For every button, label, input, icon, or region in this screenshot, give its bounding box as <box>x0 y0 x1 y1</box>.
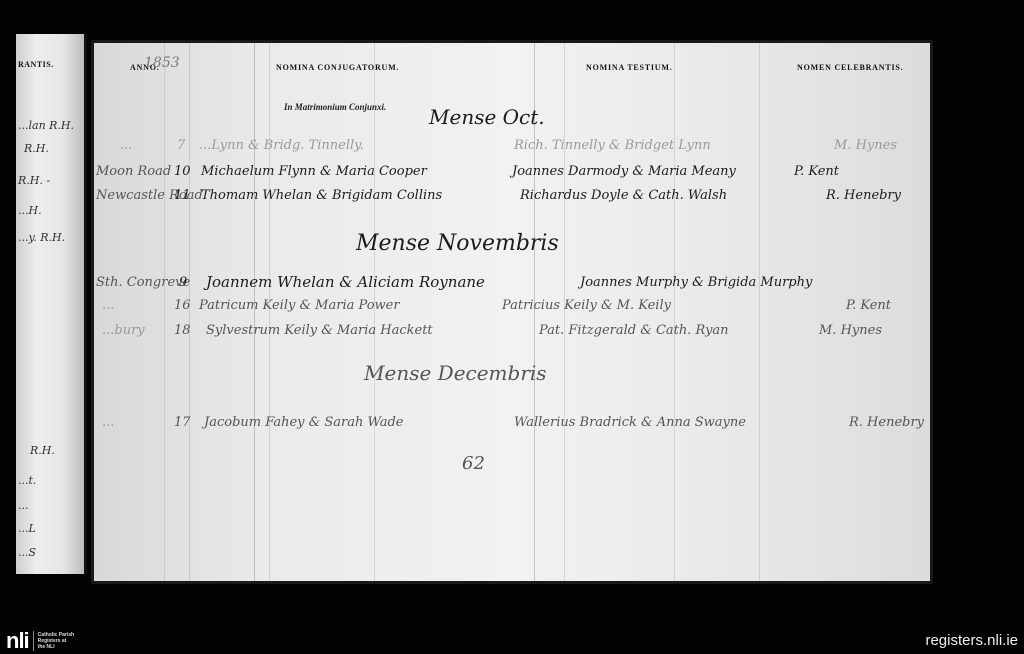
entry-residence: Moon Road <box>96 164 171 179</box>
entry-witnesses: Rich. Tinnelly & Bridget Lynn <box>514 138 711 153</box>
brand-text-line: the NLI <box>38 644 74 650</box>
entry-couple: Michaelum Flynn & Maria Cooper <box>201 164 427 179</box>
left-page-edge: RANTIS. ...lan R.H. R.H. R.H. - ...H. ..… <box>16 34 87 574</box>
left-annotation: ...L <box>18 522 36 535</box>
entry-celebrant: P. Kent <box>846 298 891 313</box>
column-subheader: In Matrimonium Conjunxi. <box>284 102 386 112</box>
section-heading: Mense Oct. <box>429 105 545 129</box>
entry-day: 9 <box>179 275 187 290</box>
entry-witnesses: Richardus Doyle & Cath. Walsh <box>520 188 727 203</box>
left-annotation: ...H. <box>18 204 42 217</box>
left-annotation: ...lan R.H. <box>18 119 74 132</box>
left-annotation: R.H. <box>30 444 55 457</box>
site-url: registers.nli.ie <box>925 632 1018 649</box>
entry-residence: ...bury <box>102 323 145 338</box>
entry-couple: Joannem Whelan & Aliciam Roynane <box>206 273 485 291</box>
entry-day: 10 <box>174 164 191 179</box>
entry-residence: ... <box>120 138 132 153</box>
entry-day: 11 <box>174 188 191 203</box>
year: 1853 <box>144 55 180 71</box>
left-annotation: ... <box>18 499 29 512</box>
entry-celebrant: P. Kent <box>794 164 839 179</box>
left-annotation: ...t. <box>18 474 36 487</box>
entry-couple: Sylvestrum Keily & Maria Hackett <box>206 323 433 338</box>
entry-day: 18 <box>174 323 191 338</box>
nli-logo: nli Catholic Parish Registers at the NLI <box>6 630 74 652</box>
column-header-celebrantis: NOMEN CELEBRANTIS. <box>797 63 903 72</box>
section-heading: Mense Novembris <box>356 231 559 256</box>
entry-residence: Sth. Congreve <box>96 275 190 290</box>
entry-couple: Patricum Keily & Maria Power <box>199 298 400 313</box>
entry-witnesses: Joannes Darmody & Maria Meany <box>512 164 736 179</box>
entry-day: 17 <box>174 415 191 430</box>
nli-mark: nli <box>6 630 29 652</box>
page-number: 62 <box>462 453 485 474</box>
left-annotation: ...S <box>18 546 36 559</box>
image-viewer: RANTIS. ...lan R.H. R.H. R.H. - ...H. ..… <box>0 0 1024 654</box>
entry-witnesses: Joannes Murphy & Brigida Murphy <box>580 275 812 290</box>
entry-day: 7 <box>177 138 185 153</box>
entry-celebrant: R. Henebry <box>849 415 924 430</box>
entry-celebrant: M. Hynes <box>819 323 882 338</box>
section-heading: Mense Decembris <box>364 361 547 385</box>
entry-day: 16 <box>174 298 191 313</box>
entry-residence: ... <box>102 298 114 313</box>
entry-celebrant: R. Henebry <box>826 188 901 203</box>
entry-couple: ...Lynn & Bridg. Tinnelly. <box>199 138 364 153</box>
entry-residence: ... <box>102 415 114 430</box>
entry-witnesses: Patricius Keily & M. Keily <box>502 298 671 313</box>
brand-text: Catholic Parish Registers at the NLI <box>38 632 74 650</box>
left-page-header: RANTIS. <box>18 60 54 69</box>
entry-couple: Thomam Whelan & Brigidam Collins <box>201 188 442 203</box>
left-annotation: R.H. <box>24 142 49 155</box>
entry-couple: Jacobum Fahey & Sarah Wade <box>204 415 403 430</box>
left-annotation: R.H. - <box>18 174 50 187</box>
column-header-testium: NOMINA TESTIUM. <box>586 63 673 72</box>
entry-celebrant: M. Hynes <box>834 138 897 153</box>
left-annotation: ...y. R.H. <box>18 231 65 244</box>
entry-witnesses: Pat. Fitzgerald & Cath. Ryan <box>539 323 729 338</box>
register-page: ANNO. 1853 NOMINA CONJUGATORUM. In Matri… <box>91 40 933 584</box>
column-header-conjugatorum: NOMINA CONJUGATORUM. <box>276 63 399 72</box>
entry-witnesses: Wallerius Bradrick & Anna Swayne <box>514 415 746 430</box>
